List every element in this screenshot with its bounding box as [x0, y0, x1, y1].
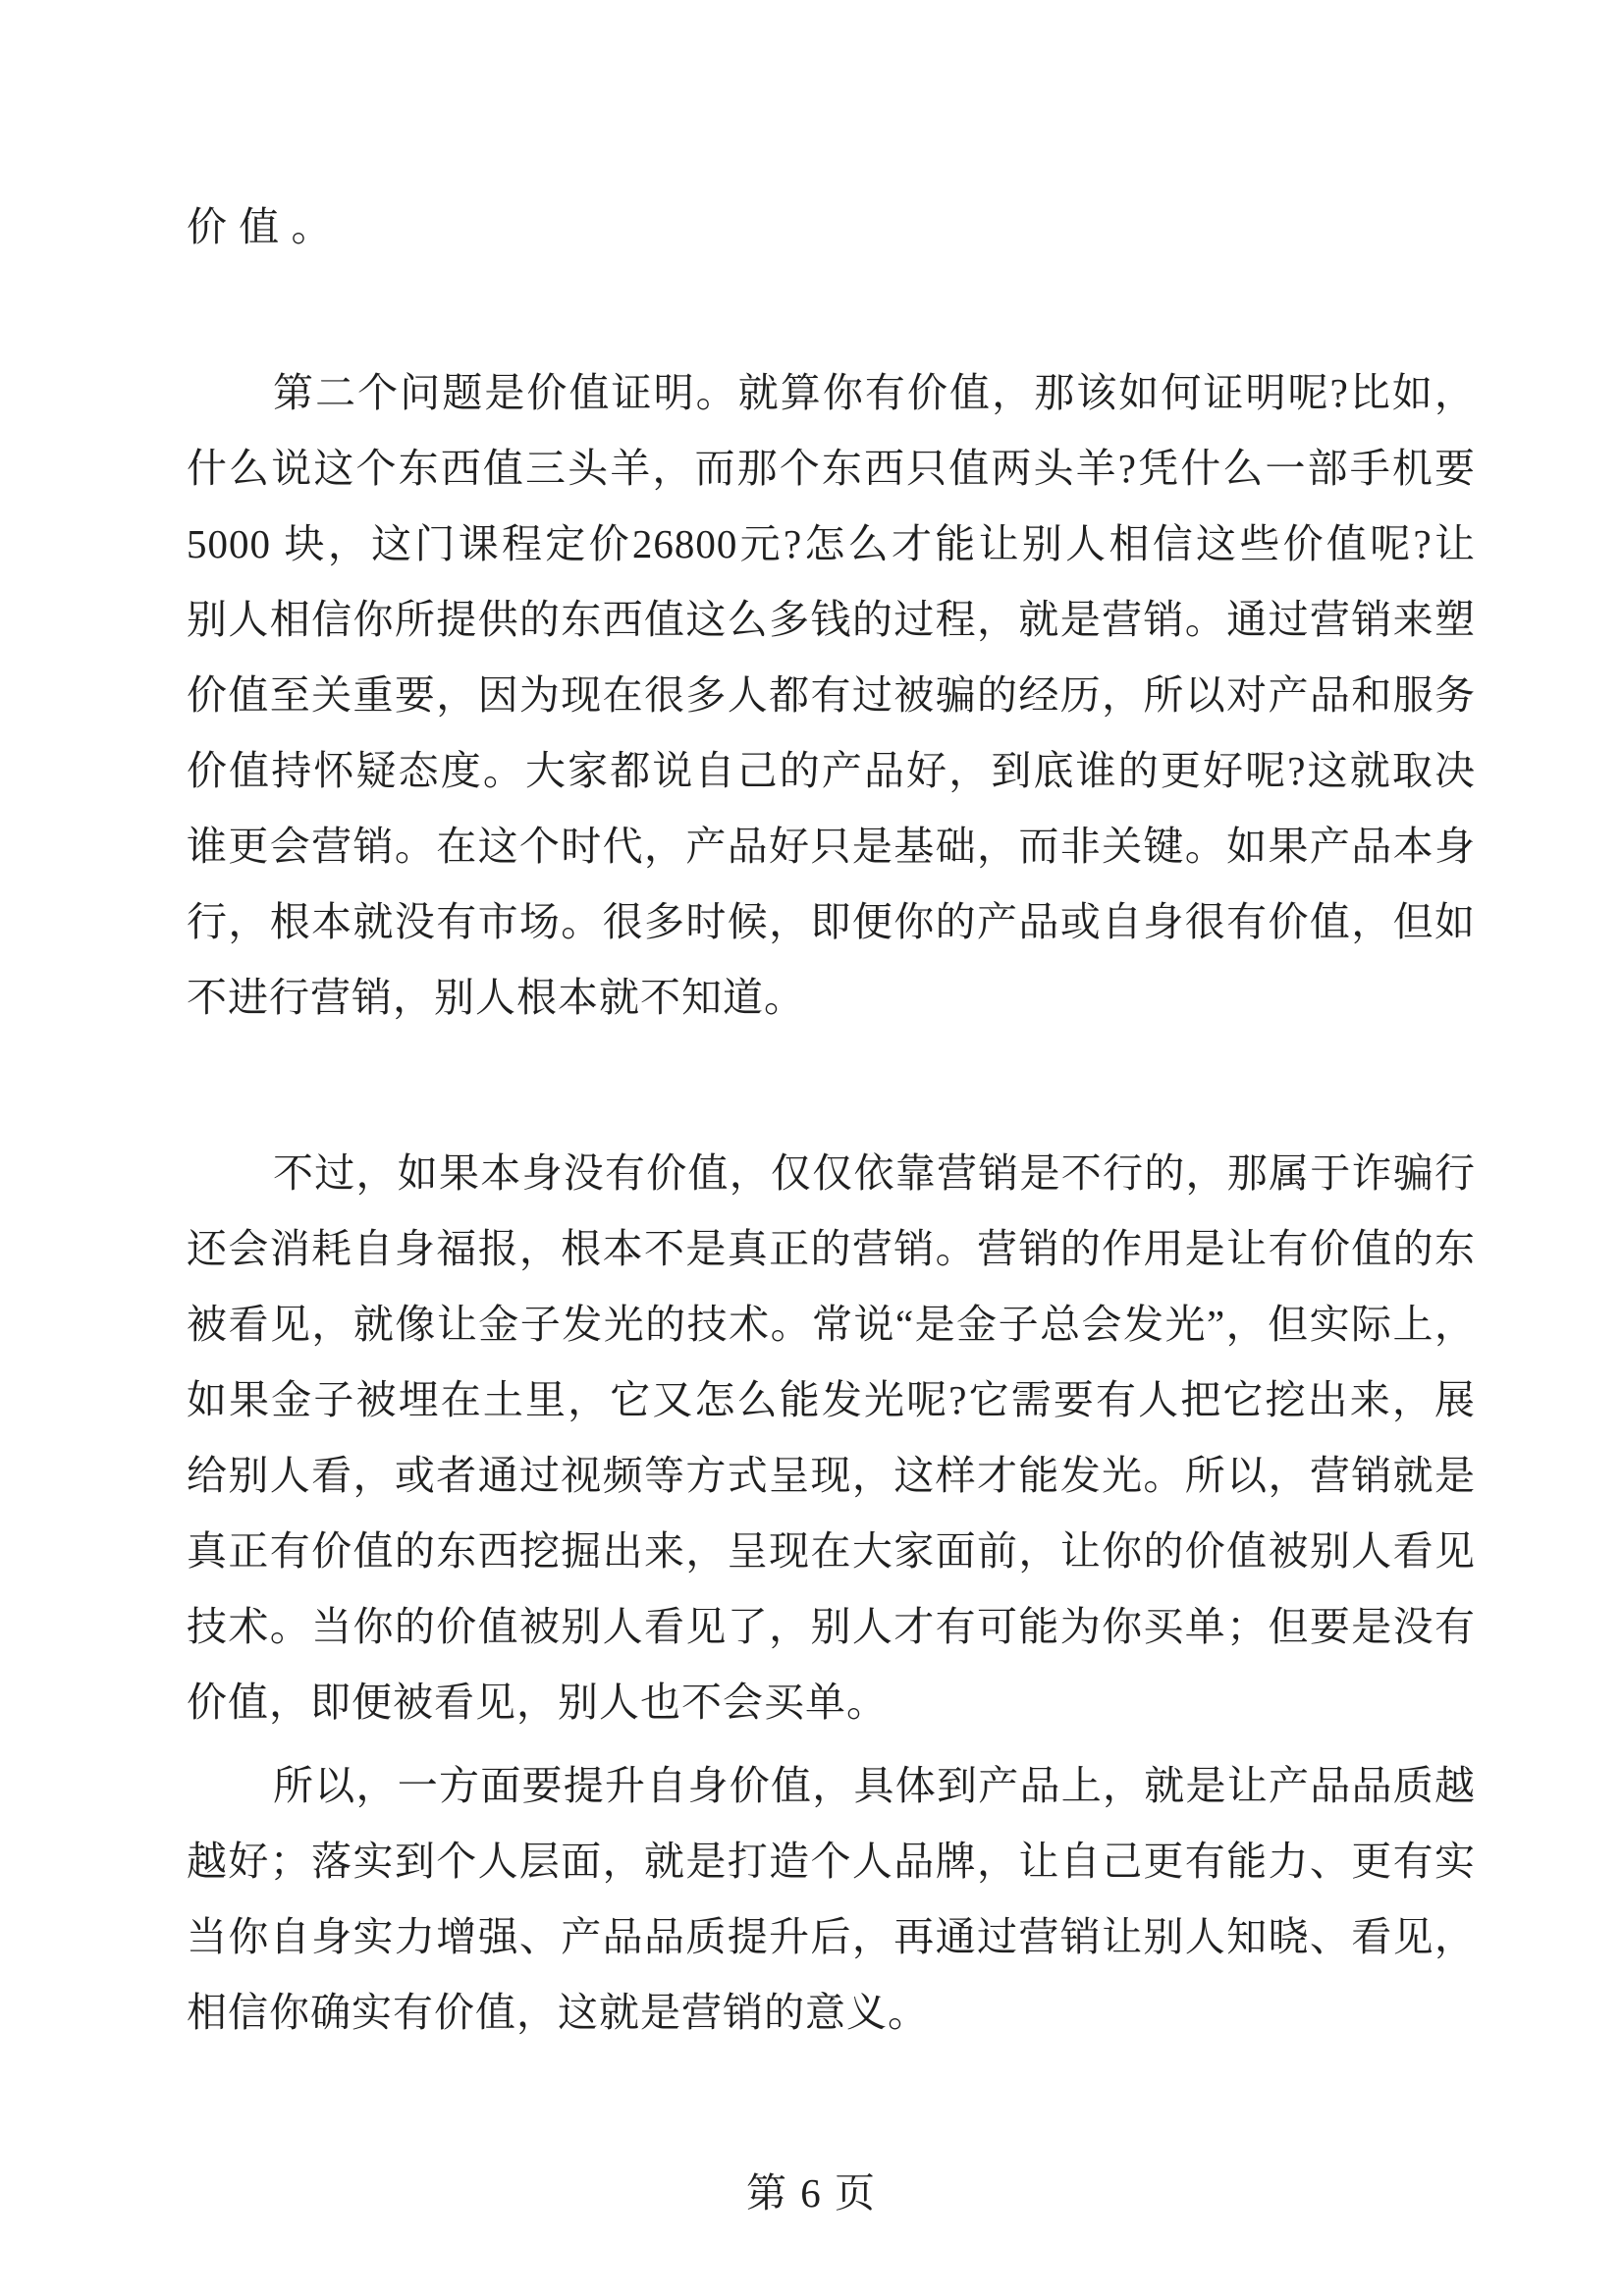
- text-line: 技术。当你的价值被别人看见了，别人才有可能为你买单；但要是没有真: [187, 1589, 1476, 1665]
- page-footer: 第 6 页: [0, 2156, 1623, 2231]
- paragraph-conclusion: 所以，一方面要提升自身价值，具体到产品上，就是让产品品质越来 越好；落实到个人层…: [187, 1748, 1476, 2051]
- text-line: 价值至关重要，因为现在很多人都有过被骗的经历，所以对产品和服务的: [187, 658, 1476, 733]
- page-number: 第 6 页: [746, 2170, 877, 2216]
- paragraph-value-proof: 第二个问题是价值证明。就算你有价值，那该如何证明呢?比如，凭 什么说这个东西值三…: [187, 355, 1476, 1036]
- text-line: 别人相信你所提供的东西值这么多钱的过程，就是营销。通过营销来塑造: [187, 582, 1476, 658]
- text-line: 不进行营销，别人根本就不知道。: [187, 960, 1476, 1036]
- document-page: 价 值 。 第二个问题是价值证明。就算你有价值，那该如何证明呢?比如，凭 什么说…: [0, 0, 1623, 2296]
- text-line: 谁更会营销。在这个时代，产品好只是基础，而非关键。如果产品本身不: [187, 809, 1476, 884]
- paragraph-marketing-role: 不过，如果本身没有价值，仅仅依靠营销是不行的，那属于诈骗行为， 还会消耗自身福报…: [187, 1136, 1476, 1740]
- text-line: 相信你确实有价值，这就是营销的意义。: [187, 1975, 1476, 2051]
- text-line: 所以，一方面要提升自身价值，具体到产品上，就是让产品品质越来: [187, 1748, 1476, 1824]
- text-line: 还会消耗自身福报，根本不是真正的营销。营销的作用是让有价值的东西: [187, 1211, 1476, 1287]
- text-line: 给别人看，或者通过视频等方式呈现，这样才能发光。所以，营销就是把: [187, 1438, 1476, 1514]
- text-line: 被看见，就像让金子发光的技术。常说“是金子总会发光”，但实际上，: [187, 1287, 1476, 1362]
- text-line: 如果金子被埋在土里，它又怎么能发光呢?它需要有人把它挖出来，展示: [187, 1362, 1476, 1438]
- text-line: 价值持怀疑态度。大家都说自己的产品好，到底谁的更好呢?这就取决于: [187, 733, 1476, 809]
- text-line: 第二个问题是价值证明。就算你有价值，那该如何证明呢?比如，凭: [187, 355, 1476, 431]
- text-line: 什么说这个东西值三头羊，而那个东西只值两头羊?凭什么一部手机要卖: [187, 431, 1476, 507]
- text-line: 价 值 。: [187, 189, 1476, 265]
- page-body-text: 价 值 。 第二个问题是价值证明。就算你有价值，那该如何证明呢?比如，凭 什么说…: [187, 189, 1476, 2051]
- text-line: 5000 块，这门课程定价26800元?怎么才能让别人相信这些价值呢?让: [187, 507, 1476, 582]
- text-line: 当你自身实力增强、产品品质提升后，再通过营销让别人知晓、看见，并: [187, 1899, 1476, 1975]
- text-line: 行，根本就没有市场。很多时候，即便你的产品或自身很有价值，但如果: [187, 884, 1476, 960]
- text-line: 价值，即便被看见，别人也不会买单。: [187, 1665, 1476, 1740]
- text-line: 不过，如果本身没有价值，仅仅依靠营销是不行的，那属于诈骗行为，: [187, 1136, 1476, 1211]
- text-line: 越好；落实到个人层面，就是打造个人品牌，让自己更有能力、更有实力。: [187, 1824, 1476, 1899]
- paragraph-fragment: 价 值 。: [187, 189, 1476, 265]
- text-line: 真正有价值的东西挖掘出来，呈现在大家面前，让你的价值被别人看见的: [187, 1514, 1476, 1589]
